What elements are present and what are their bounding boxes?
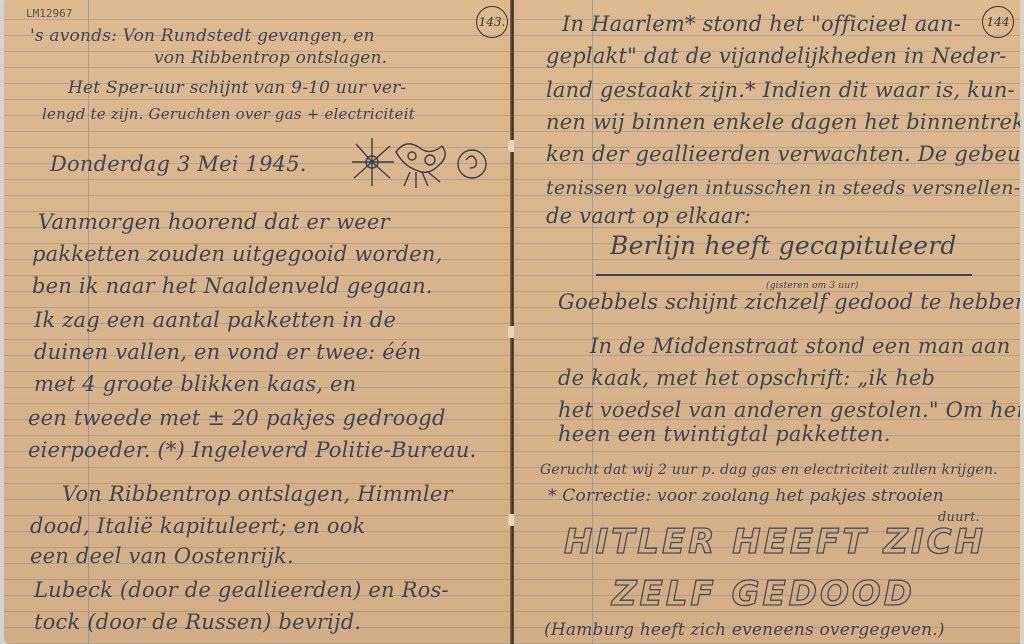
text-line: pakketten zouden uitgegooid worden, xyxy=(32,244,443,264)
text-line: 's avonds: Von Rundstedt gevangen, en xyxy=(30,26,375,46)
text-line: Het Sper-uur schijnt van 9-10 uur ver- xyxy=(68,78,406,98)
text-line: tenissen volgen intusschen in steeds ver… xyxy=(546,178,1020,198)
page-number-right: 144 xyxy=(982,6,1014,38)
text-line: Goebbels schijnt zichzelf gedood te hebb… xyxy=(558,292,1020,312)
text-line: lengd te zijn. Geruchten over gas + elec… xyxy=(42,104,415,124)
text-line: Vanmorgen hoorend dat er weer xyxy=(38,212,390,232)
text-line: dood, Italië kapituleert; en ook xyxy=(30,516,366,536)
text-line: tock (door de Russen) bevrijd. xyxy=(34,612,361,632)
text-line: de kaak, met het opschrift: „ik heb xyxy=(558,368,935,388)
hitler-headline-2: ZELF GEDOOD xyxy=(612,574,915,614)
text-line: In de Middenstraat stond een man aan xyxy=(590,336,1010,356)
diary-spread: LM12967 143. 's avonds: Von Rundstedt ge… xyxy=(0,0,1024,644)
text-line: de vaart op elkaar: xyxy=(546,206,751,226)
text-line: Ik zag een aantal pakketten in de xyxy=(34,310,396,330)
text-line: duinen vallen, en vond er twee: één xyxy=(34,342,421,362)
text-line: ken der geallieerden verwachten. De gebe… xyxy=(546,144,1020,164)
text-line: * Correctie: voor zoolang het pakjes str… xyxy=(548,486,944,506)
text-line: Von Ribbentrop ontslagen, Himmler xyxy=(62,484,453,504)
berlin-headline: Berlijn heeft gecapituleerd xyxy=(610,236,957,256)
text-line: ben ik naar het Naaldenveld gegaan. xyxy=(32,276,433,296)
text-line: met 4 groote blikken kaas, en xyxy=(34,374,356,394)
page-number-left: 143. xyxy=(476,6,508,38)
text-line: Lubeck (door de geallieerden) en Ros- xyxy=(34,580,449,600)
text-line: In Haarlem* stond het "officieel aan- xyxy=(562,14,961,34)
floral-doodle-icon xyxy=(350,132,500,192)
archive-stamp: LM12967 xyxy=(26,7,72,20)
text-line: heen een twintigtal pakketten. xyxy=(558,424,891,444)
text-line: Gerucht dat wij 2 uur p. dag gas en elec… xyxy=(540,460,998,480)
right-page: 144 In Haarlem* stond het "officieel aan… xyxy=(514,0,1020,644)
text-line: het voedsel van anderen gestolen." Om he… xyxy=(558,400,1020,420)
text-line: een tweede met ± 20 pakjes gedroogd xyxy=(28,408,446,428)
text-line: land gestaakt zijn.* Indien dit waar is,… xyxy=(546,80,1015,100)
hitler-headline: HITLER HEEFT ZICH xyxy=(564,522,986,562)
text-line: von Ribbentrop ontslagen. xyxy=(154,48,387,68)
date-heading: Donderdag 3 Mei 1945. xyxy=(50,154,307,174)
text-line: een deel van Oostenrijk. xyxy=(30,546,294,566)
text-line: nen wij binnen enkele dagen het binnentr… xyxy=(546,112,1020,132)
left-page: LM12967 143. 's avonds: Von Rundstedt ge… xyxy=(4,0,512,644)
text-line: (Hamburg heeft zich eveneens overgegeven… xyxy=(544,620,945,640)
text-line: eierpoeder. (*) Ingeleverd Politie-Burea… xyxy=(28,440,477,460)
text-line: geplakt" dat de vijandelijkheden in Nede… xyxy=(546,46,1007,66)
